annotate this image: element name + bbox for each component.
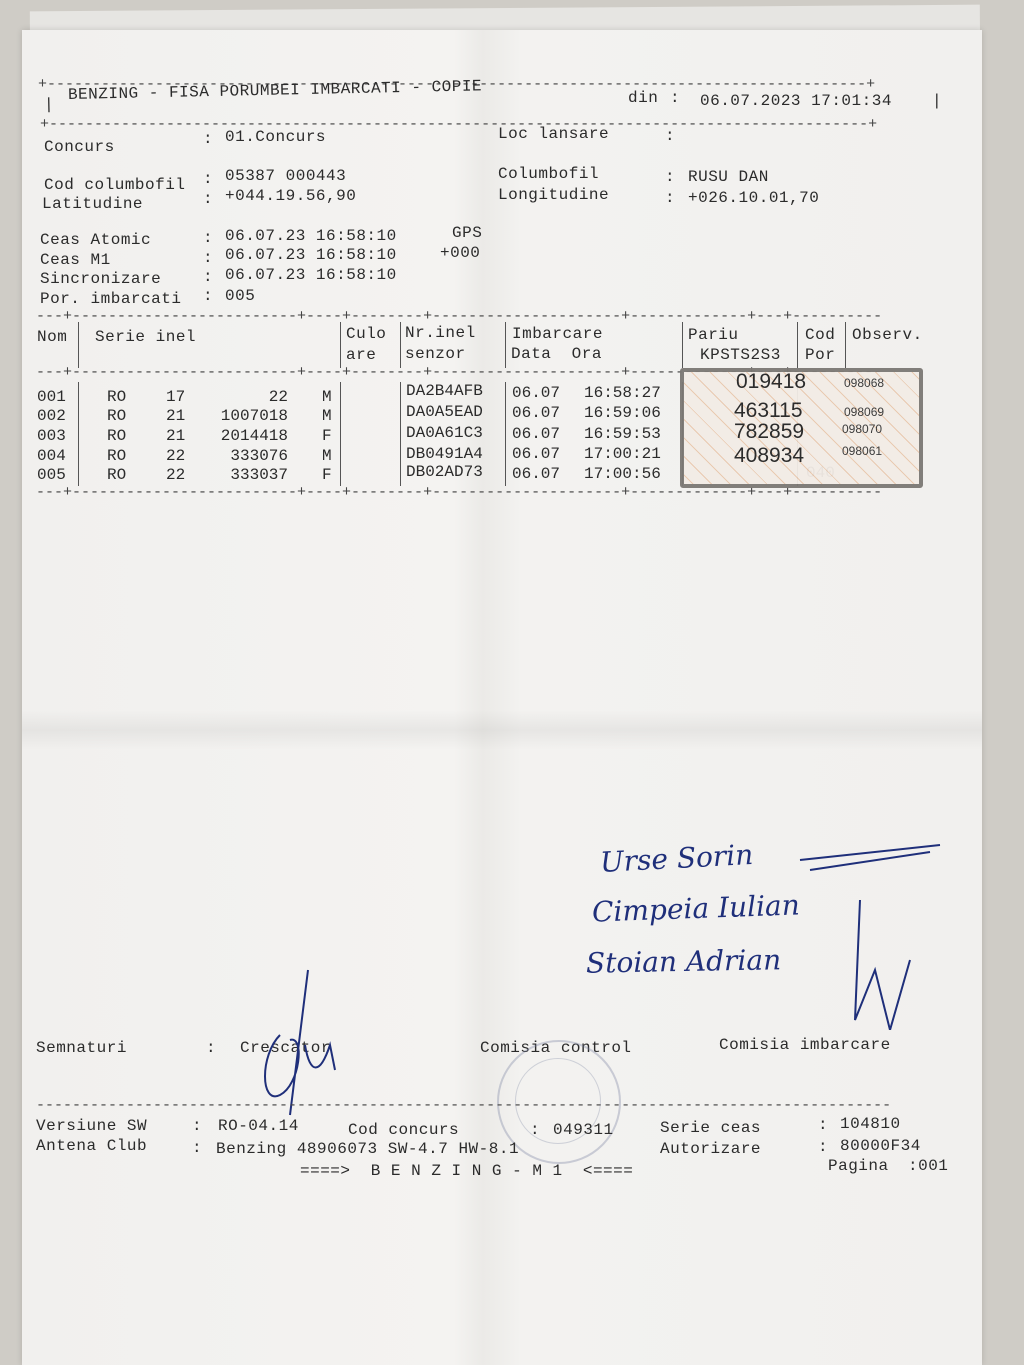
versiune-sw-value: RO-04.14: [218, 1117, 299, 1135]
col-divider: [682, 322, 683, 368]
cod-columbofil-label: Cod columbofil: [44, 176, 185, 194]
ceas-m1-colon: :: [203, 249, 213, 267]
cell-time: 16:58:27: [584, 384, 661, 402]
antena-club-label: Antena Club: [36, 1137, 147, 1155]
handwritten-name: Stoian Adrian: [586, 943, 782, 979]
col-divider: [78, 322, 79, 368]
th-culoare-1: Culo: [346, 325, 386, 343]
cell-year: 17: [166, 388, 185, 406]
th-serie-inel: Serie inel: [95, 328, 196, 346]
concurs-value: 01.Concurs: [225, 128, 326, 146]
antena-club-value: Benzing 48906073 SW-4.7 HW-8.1: [216, 1140, 519, 1158]
pariu-code: 098069: [844, 405, 884, 419]
cell-year: 21: [166, 427, 185, 445]
cell-sex: M: [322, 447, 332, 465]
cell-sensor: DA2B4AFB: [406, 382, 483, 400]
th-senzor-1: Nr.inel: [405, 324, 476, 342]
cell-sex: F: [322, 466, 332, 484]
col-divider: [340, 322, 341, 368]
th-pariu-1: Pariu: [688, 326, 739, 344]
loc-lansare-label: Loc lansare: [498, 125, 609, 143]
cell-nom: 005: [37, 466, 66, 484]
por-imbarcati-colon: :: [203, 287, 213, 305]
cell-country: RO: [107, 447, 126, 465]
cell-number: 333037: [200, 466, 288, 484]
ceas-atomic-value: 06.07.23 16:58:10: [225, 227, 397, 245]
cell-year: 22: [166, 447, 185, 465]
autorizare-value: 80000F34: [840, 1137, 921, 1155]
autorizare-colon: :: [818, 1138, 828, 1156]
columbofil-label: Columbofil: [498, 165, 599, 183]
ceas-m1-label: Ceas M1: [40, 251, 111, 269]
cell-nom: 001: [37, 388, 66, 406]
cell-number: 1007018: [200, 407, 288, 425]
pagina-value: :001: [908, 1157, 948, 1175]
th-observ: Observ.: [852, 326, 923, 344]
cell-country: RO: [107, 407, 126, 425]
cell-date: 06.07: [512, 384, 560, 402]
cell-sensor: DA0A5EAD: [406, 403, 483, 421]
columbofil-colon: :: [665, 168, 675, 186]
autorizare-label: Autorizare: [660, 1140, 761, 1158]
pagina-label: Pagina: [828, 1157, 889, 1175]
paper-fold: [22, 710, 982, 750]
versiune-sw-label: Versiune SW: [36, 1117, 147, 1135]
latitudine-label: Latitudine: [42, 195, 143, 213]
header-pipe-left: |: [44, 96, 54, 114]
footer-divider: ----------------------------------------…: [36, 1097, 946, 1114]
cod-concurs-label: Cod concurs: [348, 1121, 459, 1139]
th-culoare-2: are: [346, 346, 376, 364]
cell-time: 16:59:53: [584, 425, 661, 443]
columbofil-value: RUSU DAN: [688, 168, 769, 186]
antena-club-colon: :: [192, 1139, 202, 1157]
cell-country: RO: [107, 427, 126, 445]
por-imbarcati-label: Por. imbarcati: [40, 290, 181, 308]
pariu-number: 782859: [734, 420, 804, 444]
cell-year: 21: [166, 407, 185, 425]
cell-time: 17:00:21: [584, 445, 661, 463]
col-divider: [400, 322, 401, 368]
serie-ceas-label: Serie ceas: [660, 1119, 761, 1137]
cod-concurs-colon: :: [530, 1121, 540, 1139]
cell-date: 06.07: [512, 404, 560, 422]
pariu-sticker: 019418 098068 463115 098069 782859 09807…: [680, 368, 923, 488]
pariu-code: 098061: [842, 444, 882, 458]
sincronizare-colon: :: [203, 268, 213, 286]
pariu-number: 408934: [734, 444, 804, 468]
cell-time: 16:59:06: [584, 404, 661, 422]
cell-sex: M: [322, 407, 332, 425]
cell-sex: M: [322, 388, 332, 406]
cell-date: 06.07: [512, 445, 560, 463]
benzing-banner: ====> B E N Z I N G - M 1 <====: [300, 1162, 633, 1180]
versiune-sw-colon: :: [192, 1117, 202, 1135]
cell-number: 333076: [200, 447, 288, 465]
cell-date: 06.07: [512, 425, 560, 443]
th-nom: Nom: [37, 328, 67, 346]
cod-columbofil-value: 05387 000443: [225, 167, 346, 185]
header-border-bottom: +---------------------------------------…: [40, 116, 940, 133]
latitudine-colon: :: [203, 190, 213, 208]
cell-time: 17:00:56: [584, 465, 661, 483]
cod-concurs-value: 049311: [553, 1121, 614, 1139]
th-imbarcare-1: Imbarcare: [512, 325, 603, 343]
ceas-m1-suffix: +000: [440, 244, 480, 262]
comisia-imbarcare-label: Comisia imbarcare: [719, 1036, 891, 1054]
loc-lansare-colon: :: [665, 127, 675, 145]
cell-year: 22: [166, 466, 185, 484]
cell-country: RO: [107, 388, 126, 406]
header-pipe-right: |: [932, 92, 942, 110]
cell-sex: F: [322, 427, 332, 445]
cell-nom: 003: [37, 427, 66, 445]
cell-date: 06.07: [512, 465, 560, 483]
serie-ceas-value: 104810: [840, 1115, 901, 1133]
header-colon: :: [670, 89, 680, 107]
cod-columbofil-colon: :: [203, 170, 213, 188]
serie-ceas-colon: :: [818, 1116, 828, 1134]
semnaturi-label: Semnaturi: [36, 1039, 127, 1057]
header-date-label: din: [628, 89, 658, 107]
signature-mark: [780, 830, 960, 1030]
col-divider: [797, 322, 798, 368]
concurs-label: Concurs: [44, 138, 115, 156]
header-date: 06.07.2023 17:01:34: [700, 92, 892, 110]
th-cod-2: Por: [805, 346, 835, 364]
por-imbarcati-value: 005: [225, 287, 255, 305]
ceas-m1-value: 06.07.23 16:58:10: [225, 246, 397, 264]
ceas-atomic-label: Ceas Atomic: [40, 231, 151, 249]
longitudine-value: +026.10.01,70: [688, 189, 819, 207]
pariu-number: 019418: [736, 370, 806, 394]
col-divider: [505, 322, 506, 368]
longitudine-colon: :: [665, 189, 675, 207]
sincronizare-label: Sincronizare: [40, 270, 161, 288]
cell-sensor: DA0A61C3: [406, 424, 483, 442]
pariu-code: 098070: [842, 422, 882, 436]
ceas-atomic-colon: :: [203, 229, 213, 247]
table-border-top: ---+-------------------------+----+-----…: [36, 308, 946, 325]
th-senzor-2: senzor: [405, 345, 466, 363]
latitudine-value: +044.19.56,90: [225, 187, 356, 205]
cell-nom: 004: [37, 447, 66, 465]
col-divider: [845, 322, 846, 368]
th-cod-1: Cod: [805, 326, 835, 344]
concurs-colon: :: [203, 130, 213, 148]
cell-country: RO: [107, 466, 126, 484]
cell-sensor: DB02AD73: [406, 463, 483, 481]
cell-number: 22: [200, 388, 288, 406]
th-imbarcare-2: Data Ora: [511, 345, 602, 363]
semnaturi-colon: :: [206, 1039, 216, 1057]
cell-nom: 002: [37, 407, 66, 425]
ceas-atomic-suffix: GPS: [452, 224, 482, 242]
cell-number: 2014418: [200, 427, 288, 445]
th-pariu-2: KPSTS2S3: [700, 346, 781, 364]
sincronizare-value: 06.07.23 16:58:10: [225, 266, 397, 284]
cell-sensor: DB0491A4: [406, 445, 483, 463]
pariu-code: 098068: [844, 376, 884, 390]
longitudine-label: Longitudine: [498, 186, 609, 204]
